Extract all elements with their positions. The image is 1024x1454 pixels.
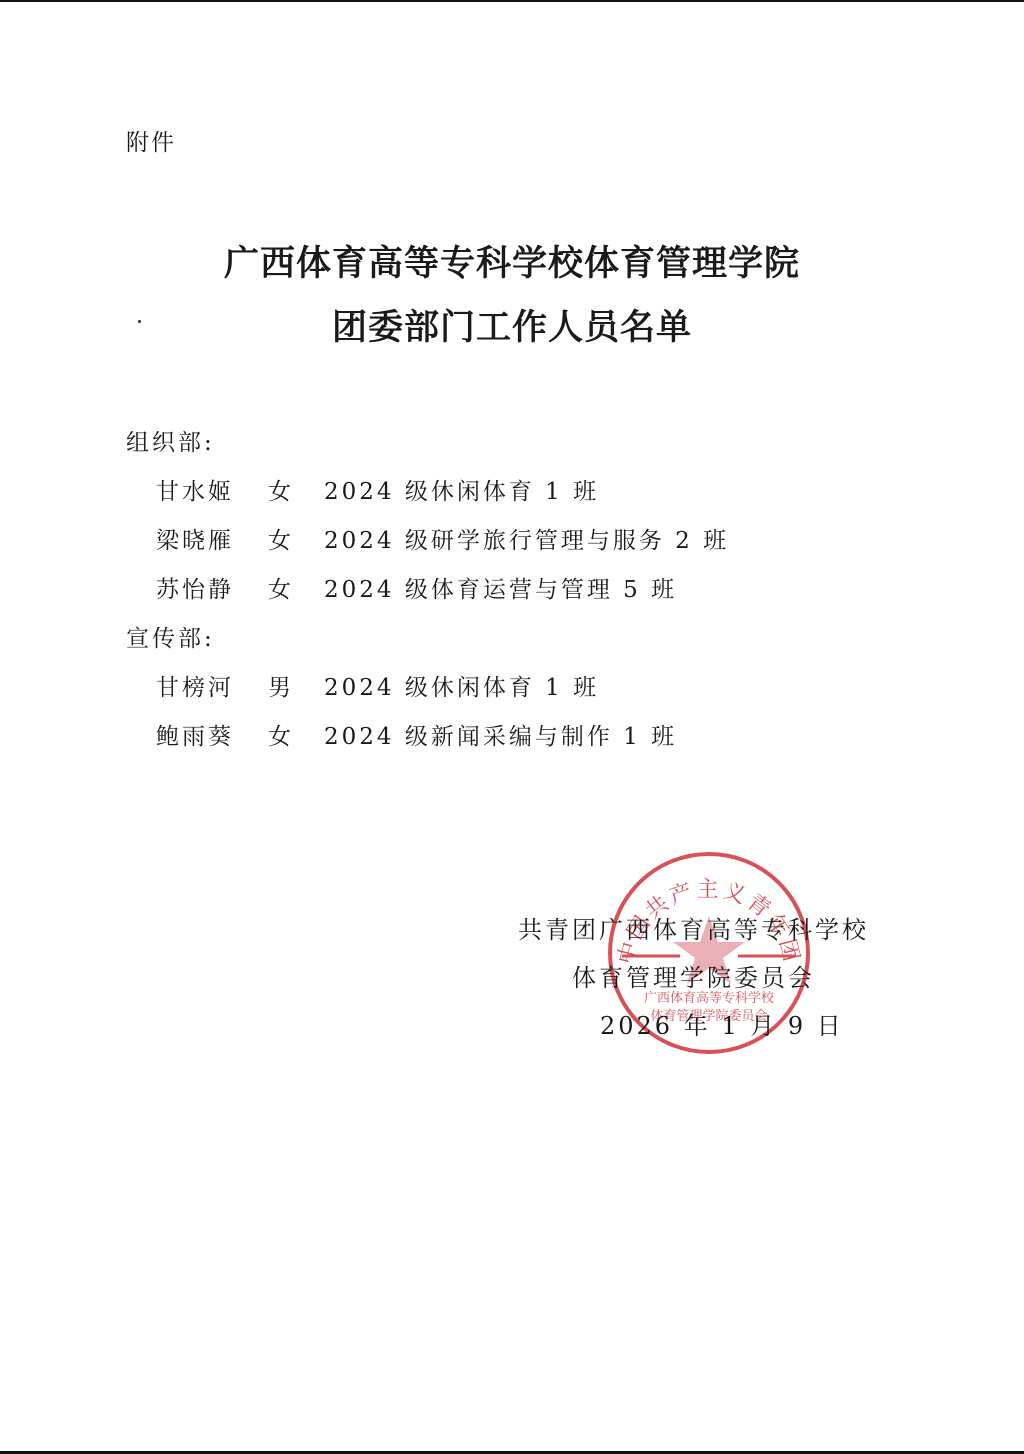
member-name: 甘水姬	[156, 473, 268, 506]
signature-organization-line2: 体育管理学院委员会	[572, 958, 815, 993]
department-label-publicity: 宣传部:	[126, 620, 215, 653]
member-row: 苏怡静 女 2024 级体育运营与管理 5 班	[156, 571, 677, 604]
member-class: 2024 级休闲体育 1 班	[324, 473, 599, 506]
member-row: 甘榜河 男 2024 级休闲体育 1 班	[156, 669, 599, 702]
signature-organization-line1: 共青团广西体育高等专科学校	[518, 910, 869, 945]
member-gender: 女	[268, 718, 324, 751]
member-class: 2024 级休闲体育 1 班	[324, 669, 599, 702]
attachment-label: 附件	[126, 124, 176, 157]
member-class: 2024 级新闻采编与制作 1 班	[324, 718, 677, 751]
document-title-line2: 团委部门工作人员名单	[0, 300, 1024, 350]
member-class: 2024 级体育运营与管理 5 班	[324, 571, 677, 604]
member-gender: 男	[268, 669, 324, 702]
member-name: 梁晓雁	[156, 522, 268, 555]
member-name: 鲍雨葵	[156, 718, 268, 751]
member-gender: 女	[268, 522, 324, 555]
member-gender: 女	[268, 473, 324, 506]
member-gender: 女	[268, 571, 324, 604]
document-title-line1: 广西体育高等专科学校体育管理学院	[0, 236, 1024, 286]
department-label-organization: 组织部:	[126, 424, 215, 457]
member-class: 2024 级研学旅行管理与服务 2 班	[324, 522, 729, 555]
member-row: 甘水姬 女 2024 级休闲体育 1 班	[156, 473, 599, 506]
member-row: 梁晓雁 女 2024 级研学旅行管理与服务 2 班	[156, 522, 729, 555]
scan-edge-top	[0, 0, 1024, 2]
signature-date: 2026 年 1 月 9 日	[600, 1006, 844, 1041]
member-row: 鲍雨葵 女 2024 级新闻采编与制作 1 班	[156, 718, 677, 751]
member-name: 甘榜河	[156, 669, 268, 702]
member-name: 苏怡静	[156, 571, 268, 604]
